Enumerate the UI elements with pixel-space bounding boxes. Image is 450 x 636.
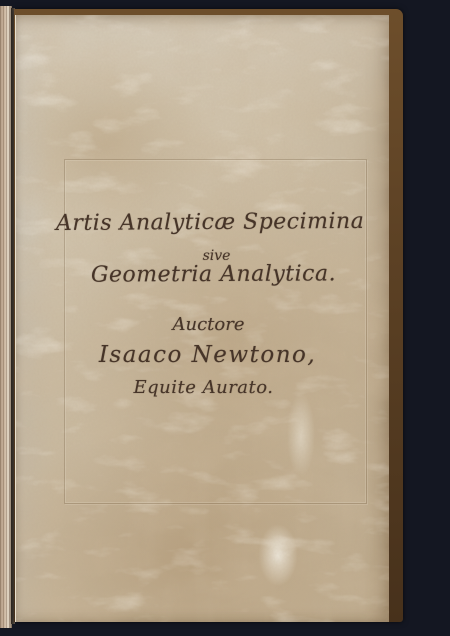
byline-auctore: Auctore (58, 314, 359, 335)
manuscript-title-page: Artis Analyticæ Specimina sive Geometria… (15, 15, 389, 622)
title-line-geometria-analytica: Geometria Analytica. (63, 261, 364, 288)
title-line-artis-analyticae-specimina: Artis Analyticæ Specimina (56, 209, 357, 236)
honorific-equite-aurato: Equite Aurato. (53, 377, 354, 398)
author-isaaco-newtono: Isaaco Newtono, (57, 342, 358, 368)
